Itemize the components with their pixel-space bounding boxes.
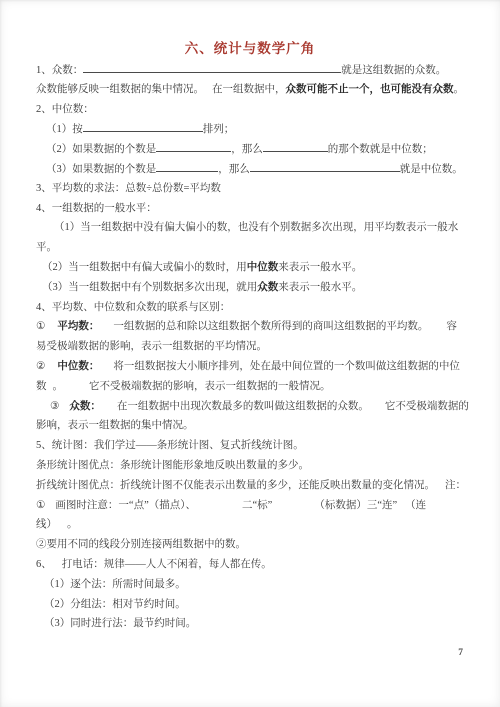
text-segment: 打电话：规律——人人不闲着，每人都在传。 (62, 559, 272, 570)
text-line: 4、一组数据的一般水平： (36, 199, 480, 219)
text-line: 易受极端数据的影响，表示一组数据的平均情况。 (36, 337, 480, 357)
text-segment: 平。 (36, 242, 57, 253)
text-segment: （3）当一组数据中有个别数据多次出现，就用 (42, 282, 257, 293)
text-segment: 6、 (36, 559, 52, 570)
text-segment: 易受极端数据的影响，表示一组数据的平均情况。 (36, 341, 267, 352)
spacing-gap (196, 507, 242, 508)
text-segment: 5、统计图：我们学过——条形统计图、复式折线统计图。 (36, 440, 304, 451)
spacing-gap (397, 507, 405, 508)
text-segment: 条形统计图优点：条形统计图能形象地反映出数量的多少。 (36, 460, 309, 471)
text-segment: 排列； (203, 124, 235, 135)
text-line: 数。它不受极端数据的影响，表示一组数据的一般情况。 (36, 377, 480, 397)
text-segment: （标数据）三“连” (314, 500, 397, 511)
text-line: 影响，表示一组数据的集中情况。 (36, 416, 480, 436)
text-segment: 来表示一般水平。 (278, 262, 362, 273)
text-segment: 将一组数据按大小顺序排列，处在最中间位置的一个数叫做这组数据的中位 (113, 361, 460, 372)
spacing-gap (99, 368, 113, 369)
document-lines: 1、众数：就是这组数据的众数。众数能够反映一组数据的集中情况。在一组数据中，众数… (36, 60, 480, 634)
text-line: 3、平均数的求法：总数÷总份数=平均数 (36, 179, 480, 199)
text-segment: 。 (67, 519, 78, 530)
fill-in-blank-underline (156, 139, 231, 152)
text-segment: 3、平均数的求法：总数÷总份数=平均数 (36, 183, 221, 194)
text-segment: （1）当一组数据中没有偏大偏小的数，也没有个别数据多次出现，用平均数表示一般水 (54, 222, 458, 233)
text-line: （2）分组法：相对节约时间。 (36, 595, 480, 615)
spacing-gap (99, 328, 113, 329)
text-segment: 注： (445, 480, 466, 491)
spacing-gap (435, 487, 445, 488)
text-segment: （2）当一组数据中有偏大或偏小的数时，用 (42, 262, 247, 273)
spacing-gap (101, 408, 117, 409)
text-segment: 4、平均数、中位数和众数的联系与区别： (36, 302, 230, 313)
fill-in-blank-underline (263, 139, 328, 152)
text-segment: 的那个数就是中位数； (328, 144, 433, 155)
text-line: 条形统计图优点：条形统计图能形象地反映出数量的多少。 (36, 456, 480, 476)
bold-text-segment: 众数 (257, 282, 278, 293)
text-line: （2）如果数据的个数是，那么的那个数就是中位数； (36, 139, 480, 159)
document-page: 六、统计与数学广角 1、众数：就是这组数据的众数。众数能够反映一组数据的集中情况… (0, 0, 500, 707)
text-line: ①平均数：一组数据的总和除以这组数据个数所得到的商叫这组数据的平均数。容 (36, 317, 480, 337)
text-line: ①画图时注意：一“点”（描点）、二“标”（标数据）三“连”（连 (36, 496, 480, 516)
text-segment: 影响，表示一组数据的集中情况。 (36, 420, 194, 431)
text-line: （3）如果数据的个数是，那么就是中位数。 (36, 159, 480, 179)
text-segment: 就是这组数据的众数。 (341, 65, 446, 76)
text-segment: 4、一组数据的一般水平： (36, 203, 157, 214)
text-line: ②中位数：将一组数据按大小顺序排列，处在最中间位置的一个数叫做这组数据的中位 (36, 357, 480, 377)
text-line: 6、打电话：规律——人人不闲着，每人都在传。 (36, 555, 480, 575)
text-line: 4、平均数、中位数和众数的联系与区别： (36, 298, 480, 318)
text-line: ②要用不同的线段分别连接两组数据中的数。 (36, 535, 480, 555)
text-segment: 数 (36, 381, 47, 392)
text-segment: （2）分组法：相对节约时间。 (44, 599, 186, 610)
text-segment: （3）同时进行法：最节约时间。 (44, 618, 196, 629)
text-segment: 画图时注意：一“点”（描点）、 (55, 500, 196, 511)
text-line: （1）逐个法：所需时间最多。 (36, 575, 480, 595)
text-line: （1）当一组数据中没有偏大偏小的数，也没有个别数据多次出现，用平均数表示一般水 (36, 218, 480, 238)
spacing-gap (45, 368, 57, 369)
spacing-gap (45, 328, 57, 329)
fill-in-blank-underline (83, 119, 203, 132)
spacing-gap (57, 526, 67, 527)
text-line: 平。 (36, 238, 480, 258)
spacing-gap (204, 91, 212, 92)
text-line: 线）。 (36, 515, 480, 535)
text-segment: （1）逐个法：所需时间最多。 (44, 579, 186, 590)
spacing-gap (45, 507, 55, 508)
spacing-gap (369, 408, 385, 409)
spacing-gap (59, 408, 69, 409)
spacing-gap (428, 328, 446, 329)
text-segment: （连 (405, 500, 426, 511)
text-segment: ，那么 (231, 144, 263, 155)
bold-text-segment: 众数： (69, 401, 101, 412)
text-line: 1、众数：就是这组数据的众数。 (36, 60, 480, 80)
text-segment: 来表示一般水平。 (278, 282, 362, 293)
fill-in-blank-underline (250, 159, 400, 172)
text-segment: ① (36, 500, 45, 511)
text-line: ③众数：在一组数据中出现次数最多的数叫做这组数据的众数。它不受极端数据的 (36, 397, 480, 417)
text-segment: ② (36, 361, 45, 372)
text-segment: ③ (50, 401, 59, 412)
text-segment: 容 (446, 321, 457, 332)
text-line: （3）当一组数据中有个别数据多次出现，就用众数来表示一般水平。 (36, 278, 480, 298)
text-segment: （3）如果数据的个数是 (46, 164, 156, 175)
text-segment: 2、中位数： (36, 104, 94, 115)
page-number: 7 (458, 648, 463, 658)
text-segment: ① (36, 321, 45, 332)
text-segment: （1）按 (46, 124, 83, 135)
bold-text-segment: 平均数： (57, 321, 99, 332)
text-line: 5、统计图：我们学过——条形统计图、复式折线统计图。 (36, 436, 480, 456)
bold-text-segment: 中位数 (247, 262, 279, 273)
text-segment: 众数能够反映一组数据的集中情况。 (36, 84, 204, 95)
text-segment: 在一组数据中出现次数最多的数叫做这组数据的众数。 (117, 401, 369, 412)
text-line: 2、中位数： (36, 100, 480, 120)
bold-text-segment: 中位数： (57, 361, 99, 372)
text-segment: （2）如果数据的个数是 (46, 144, 156, 155)
text-segment: 。 (53, 381, 64, 392)
spacing-gap (52, 566, 62, 567)
spacing-gap (63, 388, 89, 389)
spacing-gap (272, 507, 314, 508)
text-segment: 它不受极端数据的影响，表示一组数据的一般情况。 (89, 381, 331, 392)
text-segment: 线） (36, 519, 57, 530)
bold-text-segment: 众数可能不止一个，也可能没有众数 (286, 84, 454, 95)
text-line: （3）同时进行法：最节约时间。 (36, 614, 480, 634)
text-segment: 在一组数据中， (212, 84, 286, 95)
text-line: 折线统计图优点：折线统计图不仅能表示出数量的多少，还能反映出数量的变化情况。注： (36, 476, 480, 496)
text-segment: 折线统计图优点：折线统计图不仅能表示出数量的多少，还能反映出数量的变化情况。 (36, 480, 435, 491)
fill-in-blank-underline (83, 60, 341, 73)
text-segment: ，那么 (218, 164, 250, 175)
text-line: （2）当一组数据中有偏大或偏小的数时，用中位数来表示一般水平。 (36, 258, 480, 278)
text-line: （1）按排列； (36, 119, 480, 139)
text-segment: 就是中位数。 (400, 164, 463, 175)
text-segment: 它不受极端数据的 (385, 401, 469, 412)
text-segment: 。 (454, 84, 465, 95)
text-segment: 二“标” (242, 500, 272, 511)
text-segment: 一组数据的总和除以这组数据个数所得到的商叫这组数据的平均数。 (113, 321, 428, 332)
text-segment: ②要用不同的线段分别连接两组数据中的数。 (36, 539, 246, 550)
text-segment: 1、众数： (36, 65, 83, 76)
document-title: 六、统计与数学广角 (0, 37, 500, 57)
text-line: 众数能够反映一组数据的集中情况。在一组数据中，众数可能不止一个，也可能没有众数。 (36, 80, 480, 100)
fill-in-blank-underline (156, 159, 218, 172)
